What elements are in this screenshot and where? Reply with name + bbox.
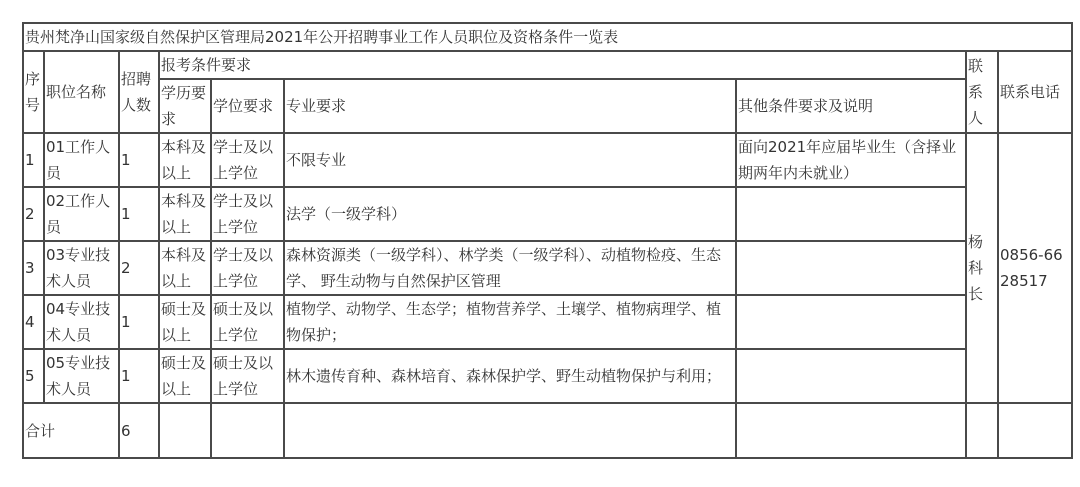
cell-position: 02工作人员 xyxy=(44,187,119,241)
header-contact-phone: 联系电话 xyxy=(998,51,1072,133)
header-major: 专业要求 xyxy=(284,79,736,133)
total-empty-major xyxy=(284,403,736,458)
cell-contact-person: 杨科长 xyxy=(966,133,998,403)
cell-count: 1 xyxy=(119,295,159,349)
cell-degree: 硕士及以上学位 xyxy=(211,349,284,403)
cell-education: 硕士及以上 xyxy=(159,349,211,403)
table-row: 3 03专业技术人员 2 本科及以上 学士及以上学位 森林资源类（一级学科）、林… xyxy=(23,241,1072,295)
table-row: 5 05专业技术人员 1 硕士及以上 硕士及以上学位 林木遗传育种、森林培育、森… xyxy=(23,349,1072,403)
cell-other xyxy=(736,241,966,295)
cell-education: 本科及以上 xyxy=(159,133,211,187)
cell-seq: 1 xyxy=(23,133,44,187)
cell-seq: 3 xyxy=(23,241,44,295)
total-empty-education xyxy=(159,403,211,458)
table-title: 贵州梵净山国家级自然保护区管理局2021年公开招聘事业工作人员职位及资格条件一览… xyxy=(23,23,1072,51)
table-row: 2 02工作人员 1 本科及以上 学士及以上学位 法学（一级学科） xyxy=(23,187,1072,241)
header-requirements-group: 报考条件要求 xyxy=(159,51,966,79)
total-empty-contact-phone xyxy=(998,403,1072,458)
cell-count: 1 xyxy=(119,133,159,187)
header-count: 招聘人数 xyxy=(119,51,159,133)
cell-count: 1 xyxy=(119,187,159,241)
cell-position: 04专业技术人员 xyxy=(44,295,119,349)
cell-degree: 学士及以上学位 xyxy=(211,187,284,241)
total-row: 合计 6 xyxy=(23,403,1072,458)
cell-count: 1 xyxy=(119,349,159,403)
header-contact-person: 联系人 xyxy=(966,51,998,133)
cell-seq: 4 xyxy=(23,295,44,349)
header-degree: 学位要求 xyxy=(211,79,284,133)
cell-major: 不限专业 xyxy=(284,133,736,187)
cell-education: 本科及以上 xyxy=(159,241,211,295)
cell-degree: 学士及以上学位 xyxy=(211,241,284,295)
cell-other: 面向2021年应届毕业生（含择业期两年内未就业） xyxy=(736,133,966,187)
cell-contact-phone: 0856-6628517 xyxy=(998,133,1072,403)
table-row: 1 01工作人员 1 本科及以上 学士及以上学位 不限专业 面向2021年应届毕… xyxy=(23,133,1072,187)
header-other: 其他条件要求及说明 xyxy=(736,79,966,133)
total-empty-contact-person xyxy=(966,403,998,458)
cell-seq: 2 xyxy=(23,187,44,241)
cell-degree: 硕士及以上学位 xyxy=(211,295,284,349)
cell-degree: 学士及以上学位 xyxy=(211,133,284,187)
total-label: 合计 xyxy=(23,403,119,458)
cell-other xyxy=(736,187,966,241)
cell-other xyxy=(736,349,966,403)
cell-position: 03专业技术人员 xyxy=(44,241,119,295)
cell-position: 01工作人员 xyxy=(44,133,119,187)
cell-major: 植物学、动物学、生态学；植物营养学、土壤学、植物病理学、植物保护； xyxy=(284,295,736,349)
cell-education: 硕士及以上 xyxy=(159,295,211,349)
cell-major: 林木遗传育种、森林培育、森林保护学、野生动植物保护与利用； xyxy=(284,349,736,403)
total-count: 6 xyxy=(119,403,159,458)
table-row: 4 04专业技术人员 1 硕士及以上 硕士及以上学位 植物学、动物学、生态学；植… xyxy=(23,295,1072,349)
total-empty-degree xyxy=(211,403,284,458)
cell-position: 05专业技术人员 xyxy=(44,349,119,403)
cell-count: 2 xyxy=(119,241,159,295)
cell-other xyxy=(736,295,966,349)
header-seq: 序号 xyxy=(23,51,44,133)
header-position: 职位名称 xyxy=(44,51,119,133)
recruitment-table-wrapper: 贵州梵净山国家级自然保护区管理局2021年公开招聘事业工作人员职位及资格条件一览… xyxy=(22,22,1073,459)
total-empty-other xyxy=(736,403,966,458)
cell-major: 法学（一级学科） xyxy=(284,187,736,241)
cell-seq: 5 xyxy=(23,349,44,403)
recruitment-table: 贵州梵净山国家级自然保护区管理局2021年公开招聘事业工作人员职位及资格条件一览… xyxy=(22,22,1073,459)
header-education: 学历要求 xyxy=(159,79,211,133)
cell-education: 本科及以上 xyxy=(159,187,211,241)
cell-major: 森林资源类（一级学科）、林学类（一级学科）、动植物检疫、生态学、 野生动物与自然… xyxy=(284,241,736,295)
